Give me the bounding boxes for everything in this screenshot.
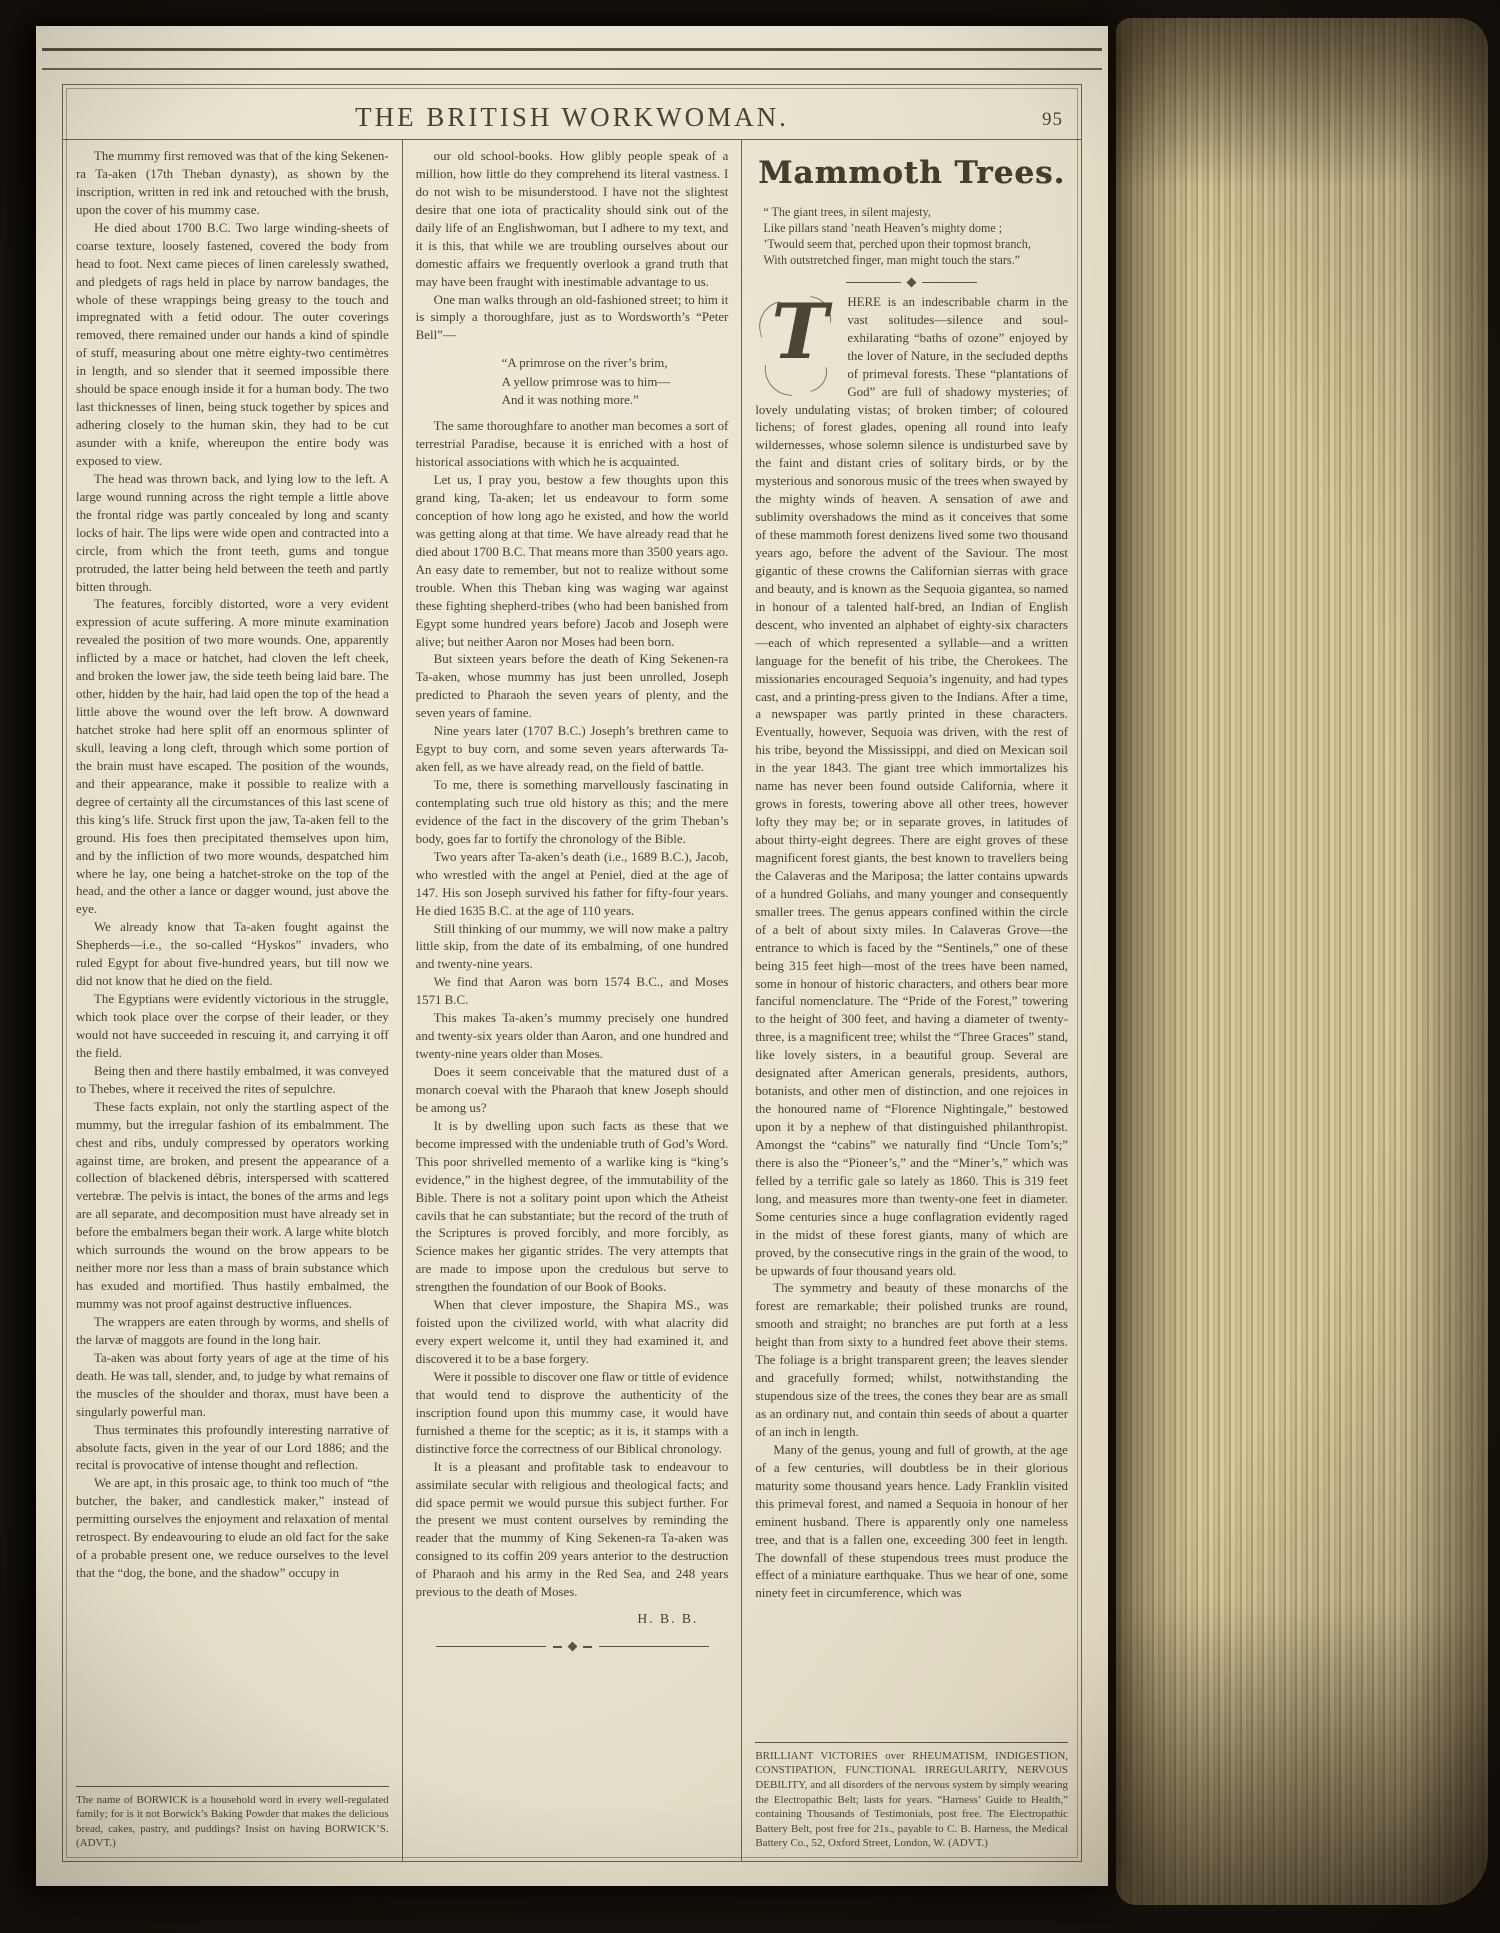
book-page-edges xyxy=(1116,18,1488,1905)
paragraph: Thus terminates this profoundly interest… xyxy=(76,1422,389,1476)
paragraph: It is a pleasant and profitable task to … xyxy=(416,1459,729,1603)
paragraph: We find that Aaron was born 1574 B.C., a… xyxy=(416,974,729,1010)
page-frame: THE BRITISH WORKWOMAN. 95 The mummy firs… xyxy=(62,84,1082,1862)
article-title: Mammoth Trees. xyxy=(755,152,1068,195)
paragraph: Ta-aken was about forty years of age at … xyxy=(76,1350,389,1422)
poem-line: A yellow primrose was to him— xyxy=(502,373,729,391)
footnote-rule xyxy=(76,1786,389,1787)
column-3: Mammoth Trees. “ The giant trees, in sil… xyxy=(741,140,1081,1861)
paragraph: These facts explain, not only the startl… xyxy=(76,1099,389,1314)
paragraph: Does it seem conceivable that the mature… xyxy=(416,1064,729,1118)
column-2: our old school-books. How glibly people … xyxy=(402,140,742,1861)
paragraph: We already know that Ta-aken fought agai… xyxy=(76,919,389,991)
paragraph: Were it possible to discover one flaw or… xyxy=(416,1369,729,1459)
paragraph: This makes Ta-aken’s mummy precisely one… xyxy=(416,1010,729,1064)
paragraph: The head was thrown back, and lying low … xyxy=(76,471,389,597)
book-photo: THE BRITISH WORKWOMAN. 95 The mummy firs… xyxy=(0,0,1500,1933)
epigraph-line: Like pillars stand ’neath Heaven’s might… xyxy=(763,221,1068,237)
poem-line: And it was nothing more.” xyxy=(502,391,729,409)
paragraph: Still thinking of our mummy, we will now… xyxy=(416,921,729,975)
paragraph: We are apt, in this prosaic age, to thin… xyxy=(76,1475,389,1583)
section-divider xyxy=(827,279,997,286)
paragraph: One man walks through an old-fashioned s… xyxy=(416,292,729,346)
paragraph: The wrappers are eaten through by worms,… xyxy=(76,1314,389,1350)
top-rule-outer xyxy=(42,48,1102,51)
poem-quote: “A primrose on the river’s brim, A yello… xyxy=(502,354,729,409)
initial-letter: T xyxy=(771,294,828,370)
paragraph: Many of the genus, young and full of gro… xyxy=(755,1442,1068,1603)
ornate-initial: T xyxy=(755,298,839,396)
masthead: THE BRITISH WORKWOMAN. xyxy=(355,102,789,139)
divider-line xyxy=(846,282,901,283)
advert-rule xyxy=(755,1742,1068,1743)
paragraph: The symmetry and beauty of these monarch… xyxy=(755,1280,1068,1441)
lead-paragraph: T HERE is an indescribable charm in the … xyxy=(755,294,1068,1281)
column-1-body: The mummy first removed was that of the … xyxy=(76,148,389,1583)
divider-line xyxy=(599,1646,709,1647)
page-number: 95 xyxy=(1042,109,1063,131)
divider-tick-icon xyxy=(583,1646,592,1648)
divider-tick-icon xyxy=(553,1646,562,1648)
poem-line: “A primrose on the river’s brim, xyxy=(502,354,729,372)
paragraph: He died about 1700 B.C. Two large windin… xyxy=(76,220,389,471)
paragraph: The mummy first removed was that of the … xyxy=(76,148,389,220)
column-2-body: our old school-books. How glibly people … xyxy=(416,148,729,1650)
end-divider xyxy=(422,1643,722,1650)
lead-paragraph-text: HERE is an indescribable charm in the va… xyxy=(755,295,1068,1278)
paragraph: The same thoroughfare to another man bec… xyxy=(416,418,729,472)
paragraph: When that clever imposture, the Shapira … xyxy=(416,1297,729,1369)
paragraph: It is by dwelling upon such facts as the… xyxy=(416,1118,729,1297)
epigraph-line: “ The giant trees, in silent majesty, xyxy=(763,205,1068,221)
column-1: The mummy first removed was that of the … xyxy=(63,140,402,1861)
magazine-page: THE BRITISH WORKWOMAN. 95 The mummy firs… xyxy=(36,26,1108,1886)
paragraph: The features, forcibly distorted, wore a… xyxy=(76,596,389,919)
page-header: THE BRITISH WORKWOMAN. 95 xyxy=(63,85,1081,139)
paragraph: Nine years later (1707 B.C.) Joseph’s br… xyxy=(416,723,729,777)
divider-line xyxy=(436,1646,546,1647)
epigraph-line: With outstretched finger, man might touc… xyxy=(763,253,1068,269)
author-initials: H. B. B. xyxy=(416,1610,729,1629)
divider-diamond-icon xyxy=(567,1642,577,1652)
paragraph: Being then and there hastily embalmed, i… xyxy=(76,1063,389,1099)
paragraph: But sixteen years before the death of Ki… xyxy=(416,651,729,723)
paragraph: Let us, I pray you, bestow a few thought… xyxy=(416,472,729,651)
paragraph: The Egyptians were evidently victorious … xyxy=(76,991,389,1063)
columns: The mummy first removed was that of the … xyxy=(63,140,1081,1861)
column-3-body: Mammoth Trees. “ The giant trees, in sil… xyxy=(755,148,1068,1603)
paragraph: Two years after Ta-aken’s death (i.e., 1… xyxy=(416,849,729,921)
divider-diamond-icon xyxy=(907,277,917,287)
epigraph-line: ’Twould seem that, perched upon their to… xyxy=(763,237,1068,253)
paragraph: our old school-books. How glibly people … xyxy=(416,148,729,292)
advert-electropathic: BRILLIANT VICTORIES over RHEUMATISM, IND… xyxy=(755,1749,1068,1851)
divider-line xyxy=(922,282,977,283)
top-rule-inner xyxy=(42,68,1102,70)
epigraph-poem: “ The giant trees, in silent majesty, Li… xyxy=(763,205,1068,269)
paragraph: To me, there is something marvellously f… xyxy=(416,777,729,849)
footnote-borwick-advert: The name of BORWICK is a household word … xyxy=(76,1793,389,1852)
